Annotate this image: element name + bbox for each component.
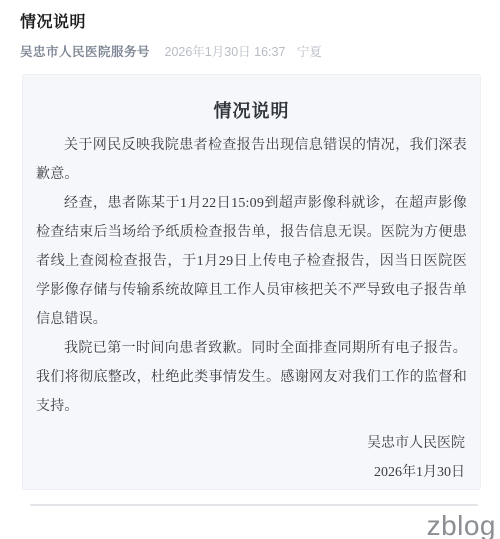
author-name: 吴忠市人民医院服务号 bbox=[20, 45, 150, 59]
signature-date: 2026年1月30日 bbox=[36, 458, 465, 487]
watermark: zblog bbox=[427, 510, 496, 539]
statement-title: 情况说明 bbox=[36, 99, 467, 123]
publish-datetime: 2026年1月30日 16:37 bbox=[165, 45, 286, 59]
signature-block: 吴忠市人民医院 2026年1月30日 bbox=[36, 429, 467, 487]
section-divider bbox=[30, 504, 478, 506]
statement-card: 情况说明 关于网民反映我院患者检查报告出现信息错误的情况，我们深表歉意。 经查，… bbox=[22, 74, 481, 490]
byline: 吴忠市人民医院服务号 2026年1月30日 16:37 宁夏 bbox=[0, 42, 500, 60]
signature-name: 吴忠市人民医院 bbox=[36, 429, 465, 458]
statement-paragraph-1: 关于网民反映我院患者检查报告出现信息错误的情况，我们深表歉意。 bbox=[36, 131, 467, 189]
publish-location: 宁夏 bbox=[297, 45, 322, 59]
statement-paragraph-2: 经查，患者陈某于1月22日15:09到超声影像科就诊，在超声影像检查结束后当场给… bbox=[36, 189, 467, 334]
article-page: 情况说明 吴忠市人民医院服务号 2026年1月30日 16:37 宁夏 情况说明… bbox=[0, 0, 500, 539]
page-title: 情况说明 bbox=[0, 0, 500, 32]
statement-paragraph-3: 我院已第一时间向患者致歉。同时全面排查同期所有电子报告。我们将彻底整改，杜绝此类… bbox=[36, 334, 467, 421]
